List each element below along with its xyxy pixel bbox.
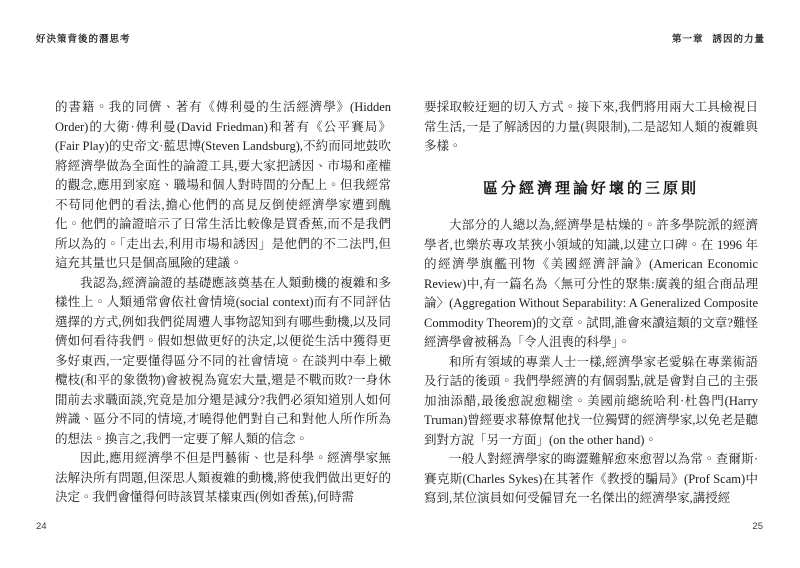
right-paragraph-3: 一般人對經濟學家的晦澀難解愈來愈習以為常。查爾斯·賽克斯(Charles Syk… — [424, 450, 758, 509]
book-spread: 好決策背後的潛思考 的書籍。我的同儕、著有《傅利曼的生活經濟學》(Hidden … — [0, 0, 800, 568]
chapter-number: 第一章 — [672, 31, 704, 45]
right-intro-paragraph: 要採取較迂迴的切入方式。接下來,我們將用兩大工具檢視日常生活,一是了解誘因的力量… — [424, 98, 758, 157]
right-paragraph-1: 大部分的人總以為,經濟學是枯燥的。許多學院派的經濟學者,也樂於專攻某狹小領域的知… — [424, 216, 758, 353]
left-running-header: 好決策背後的潛思考 — [36, 31, 131, 45]
left-page-body: 的書籍。我的同儕、著有《傅利曼的生活經濟學》(Hidden Order)的大衛·… — [55, 98, 391, 508]
section-heading: 區分經濟理論好壞的三原則 — [424, 180, 758, 200]
right-page-body: 要採取較迂迴的切入方式。接下來,我們將用兩大工具檢視日常生活,一是了解誘因的力量… — [424, 98, 758, 509]
right-running-header: 第一章 誘因的力量 — [672, 31, 765, 45]
right-paragraph-2: 和所有領域的專業人士一樣,經濟學家老愛躲在專業術語及行話的後頭。我們學經濟的有個… — [424, 353, 758, 451]
left-page: 好決策背後的潛思考 的書籍。我的同儕、著有《傅利曼的生活經濟學》(Hidden … — [0, 0, 400, 568]
right-page-number: 25 — [752, 521, 763, 532]
right-page: 第一章 誘因的力量 要採取較迂迴的切入方式。接下來,我們將用兩大工具檢視日常生活… — [400, 0, 800, 568]
left-paragraph-1: 的書籍。我的同儕、著有《傅利曼的生活經濟學》(Hidden Order)的大衛·… — [55, 98, 391, 274]
left-paragraph-2: 我認為,經濟論證的基礎應該奠基在人類動機的複雜和多樣性上。人類通常會依社會情境(… — [55, 274, 391, 450]
left-paragraph-3: 因此,應用經濟學不但是門藝術、也是科學。經濟學家無法解決所有問題,但深思人類複雜… — [55, 449, 391, 508]
chapter-title: 誘因的力量 — [712, 31, 765, 45]
left-page-number: 24 — [36, 521, 47, 532]
